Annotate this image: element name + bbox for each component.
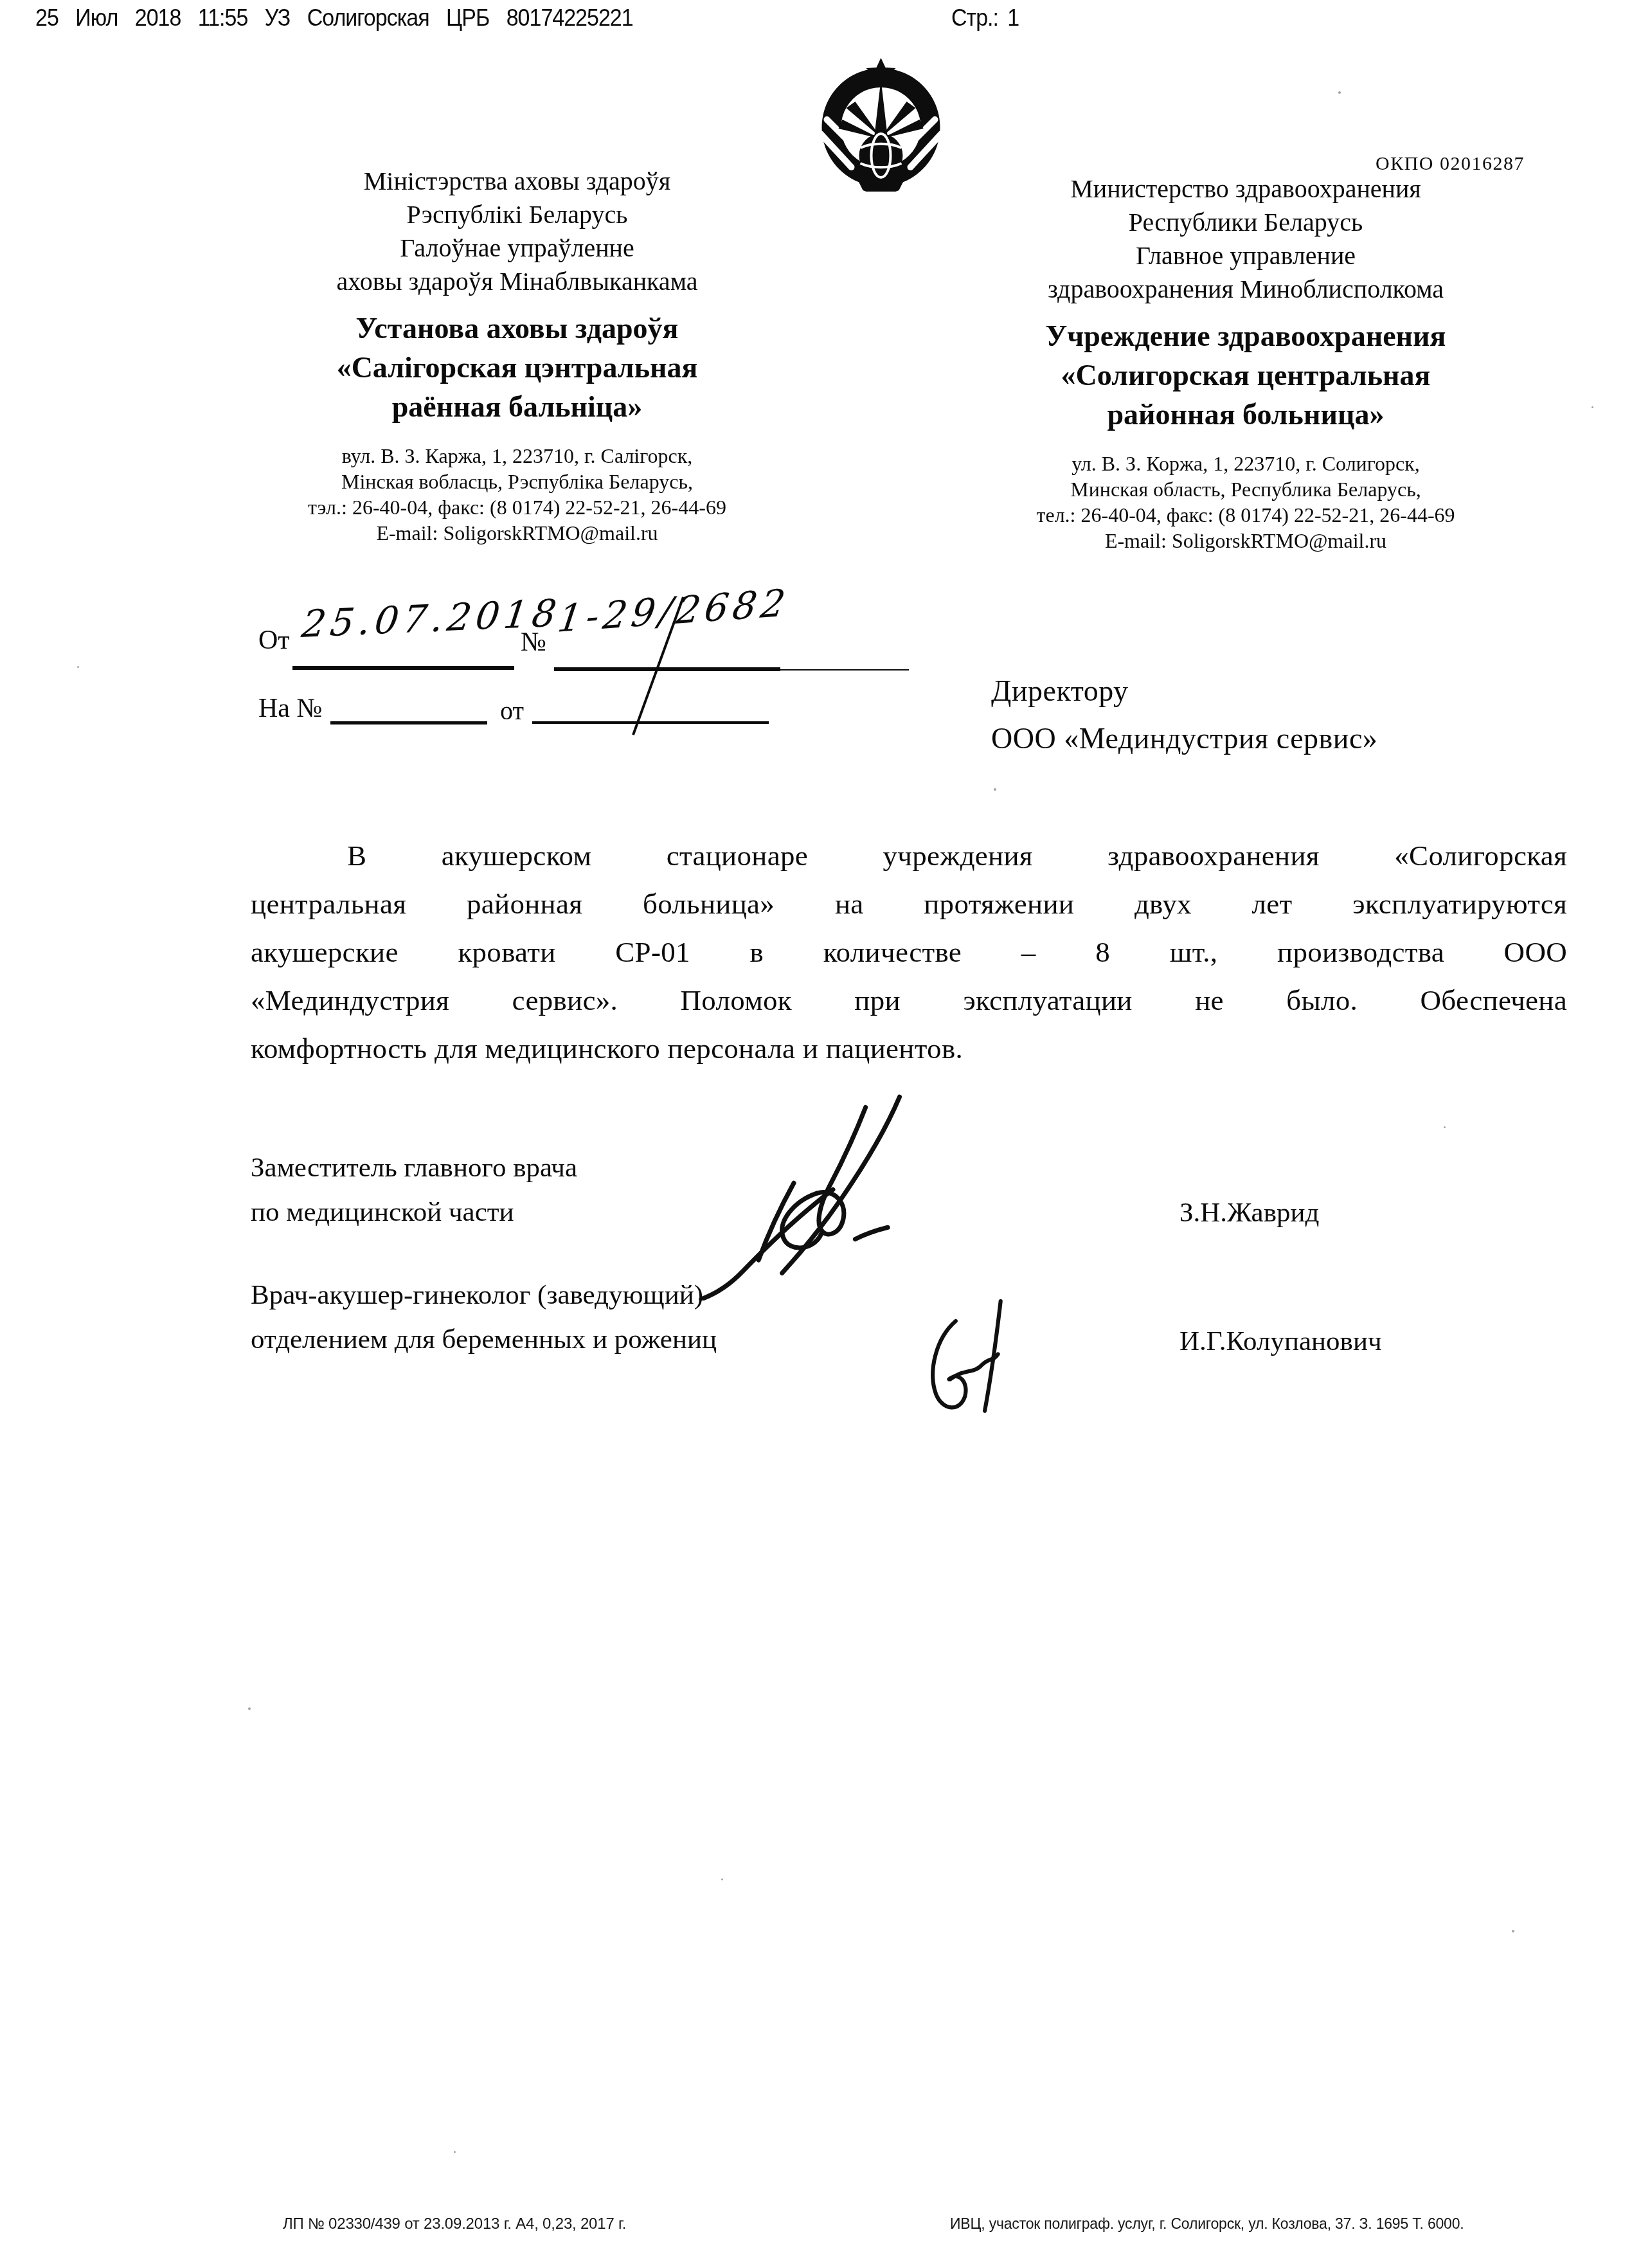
org-name-line: «Солигорская центральная <box>928 355 1564 395</box>
scan-noise-speck <box>994 788 996 791</box>
email-line: E-mail: SoligorskRTMO@mail.ru <box>928 528 1564 553</box>
fax-page-number: Стр.: 1 <box>951 5 1019 32</box>
body-line: «Мединдустрия сервис». Поломок при экспл… <box>251 977 1567 1025</box>
scan-noise-speck <box>1338 91 1341 94</box>
outgoing-number-label: № <box>521 627 546 658</box>
ministry-block-ru: Министерство здравоохранения Республики … <box>928 172 1564 306</box>
letterhead-left: Міністэрства аховы здароўя Рэспублікі Бе… <box>226 165 808 546</box>
reply-date-label: от <box>500 696 524 726</box>
addressee-company: ООО «Мединдустрия сервис» <box>991 715 1377 762</box>
ministry-line: здравоохранения Миноблисполкома <box>928 273 1564 306</box>
address-line: тел.: 26-40-04, факс: (8 0174) 22-52-21,… <box>928 502 1564 528</box>
scan-noise-speck <box>1444 1126 1446 1128</box>
org-name-line: раённая бальніца» <box>226 387 808 426</box>
outgoing-number-underline <box>554 667 780 671</box>
signatory-title-line: отделением для беременных и рожениц <box>251 1317 717 1362</box>
address-line: тэл.: 26-40-04, факс: (8 0174) 22-52-21,… <box>226 494 808 520</box>
ministry-line: Республики Беларусь <box>928 206 1564 239</box>
ministry-block-by: Міністэрства аховы здароўя Рэспублікі Бе… <box>226 165 808 298</box>
scan-noise-speck <box>1592 406 1593 408</box>
scanned-letter-page: 25 Июл 2018 11:55 УЗ Солигорская ЦРБ 801… <box>0 0 1641 2268</box>
ministry-line: Главное управление <box>928 239 1564 273</box>
scan-noise-speck <box>721 1878 723 1880</box>
signatory-title-line: по медицинской части <box>251 1190 577 1234</box>
scan-noise-speck <box>1512 1930 1514 1932</box>
organization-name-ru: Учреждение здравоохранения «Солигорская … <box>928 316 1564 434</box>
org-name-line: районная больница» <box>928 395 1564 434</box>
ministry-line: Министерство здравоохранения <box>928 172 1564 206</box>
address-line: ул. В. З. Коржа, 1, 223710, г. Солигорск… <box>928 451 1564 476</box>
ministry-line: аховы здароўя Мінаблвыканкама <box>226 265 808 298</box>
signature-scribble-2 <box>916 1297 1028 1419</box>
body-line: комфортность для медицинского персонала … <box>251 1025 1567 1073</box>
okpo-number: ОКПО 02016287 <box>1376 153 1525 175</box>
letterhead-right: Министерство здравоохранения Республики … <box>928 172 1564 553</box>
scan-noise-speck <box>248 1707 251 1710</box>
fax-header: 25 Июл 2018 11:55 УЗ Солигорская ЦРБ 801… <box>35 5 1604 34</box>
email-line: E-mail: SoligorskRTMO@mail.ru <box>226 520 808 546</box>
scan-noise-speck <box>77 666 79 668</box>
fax-header-text: 25 Июл 2018 11:55 УЗ Солигорская ЦРБ 801… <box>35 5 633 32</box>
signatory-name-1: З.Н.Жаврид <box>1179 1197 1319 1228</box>
signatory-title-2: Врач-акушер-гинеколог (заведующий) отдел… <box>251 1273 717 1362</box>
scan-noise-speck <box>454 2151 456 2153</box>
signatory-name-2: И.Г.Колупанович <box>1179 1326 1382 1357</box>
address-line: Минская область, Республика Беларусь, <box>928 476 1564 502</box>
address-block-by: вул. В. З. Каржа, 1, 223710, г. Салігорс… <box>226 443 808 546</box>
outgoing-date-underline <box>292 666 514 670</box>
signatory-title-line: Врач-акушер-гинеколог (заведующий) <box>251 1273 717 1317</box>
org-name-line: Установа аховы здароўя <box>226 309 808 348</box>
letter-body: В акушерском стационаре учреждения здрав… <box>251 832 1567 1073</box>
org-name-line: «Салігорская цэнтральная <box>226 348 808 387</box>
reply-date-underline <box>532 721 769 724</box>
belarus-coat-of-arms-icon <box>812 58 950 192</box>
addressee-title: Директору <box>991 667 1377 715</box>
signatory-title-1: Заместитель главного врача по медицинско… <box>251 1146 577 1234</box>
ministry-line: Рэспублікі Беларусь <box>226 198 808 231</box>
signatory-title-line: Заместитель главного врача <box>251 1146 577 1190</box>
ministry-line: Міністэрства аховы здароўя <box>226 165 808 198</box>
footer-license-info: ЛП № 02330/439 от 23.09.2013 г. А4, 0,23… <box>283 2215 626 2233</box>
outgoing-number-handwritten: 1-29/2682 <box>555 580 793 641</box>
ministry-line: Галоўнае упраўленне <box>226 231 808 265</box>
signature-scribble-1 <box>665 1085 922 1304</box>
address-block-ru: ул. В. З. Коржа, 1, 223710, г. Солигорск… <box>928 451 1564 553</box>
outgoing-number-underline-thin <box>780 669 909 670</box>
outgoing-from-label: От <box>258 625 290 656</box>
reply-number-label: На № <box>258 693 323 724</box>
org-name-line: Учреждение здравоохранения <box>928 316 1564 355</box>
footer-printer-info: ИВЦ, участок полиграф. услуг, г. Солигор… <box>950 2215 1464 2233</box>
addressee-block: Директору ООО «Мединдустрия сервис» <box>991 667 1377 762</box>
body-line: центральная районная больница» на протяж… <box>251 880 1567 928</box>
address-line: вул. В. З. Каржа, 1, 223710, г. Салігорс… <box>226 443 808 469</box>
body-line: акушерские кровати СР-01 в количестве – … <box>251 928 1567 977</box>
address-line: Мінская вобласць, Рэспубліка Беларусь, <box>226 469 808 494</box>
reply-number-underline <box>330 721 487 724</box>
body-line: В акушерском стационаре учреждения здрав… <box>251 832 1567 880</box>
organization-name-by: Установа аховы здароўя «Салігорская цэнт… <box>226 309 808 426</box>
